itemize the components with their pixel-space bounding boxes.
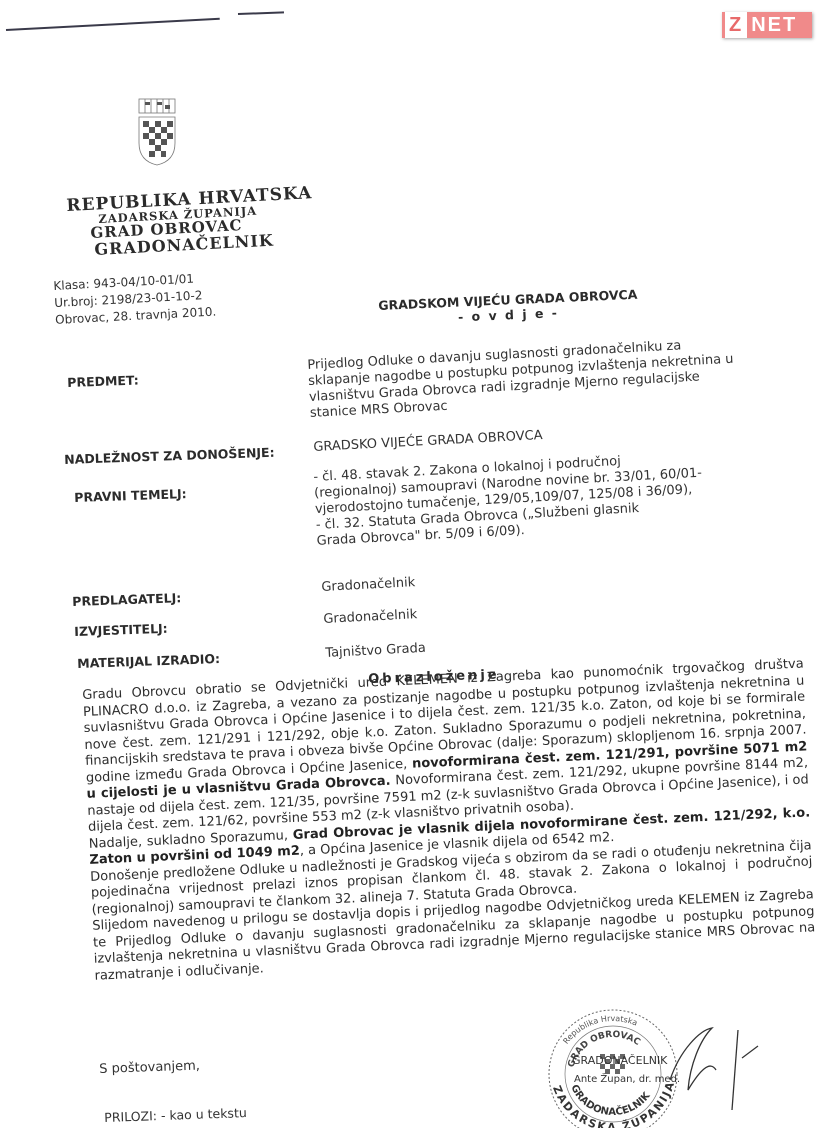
- addressee-block: GRADSKOM VIJEĆU GRADA OBROVCA - o v d j …: [378, 287, 638, 328]
- closing-greeting: S poštovanjem,: [99, 1058, 200, 1077]
- scan-artifact-line: [238, 11, 284, 15]
- field-value-rapporteur: Gradonačelnik: [323, 607, 418, 628]
- handwritten-signature-icon: [640, 1010, 770, 1120]
- field-value-legal-basis: - čl. 48. stavak 2. Zakona o lokalnoj i …: [313, 444, 817, 550]
- field-value-competence: GRADSKO VIJEĆE GRADA OBROVCA: [313, 428, 543, 456]
- field-label-competence: NADLEŽNOST ZA DONOŠENJE:: [64, 445, 275, 467]
- emphasized-text: novoformirana čest. zem. 121/291, površi…: [86, 739, 807, 802]
- znet-watermark-logo: Z NET: [722, 12, 812, 38]
- watermark-letter-z: Z: [725, 12, 747, 38]
- field-value-proposer: Gradonačelnik: [321, 575, 416, 596]
- field-value-prepared-by: Tajništvo Grada: [325, 641, 426, 662]
- explanation-body: Gradu Obrovcu obratio se Odvjetnički ure…: [82, 657, 816, 985]
- scan-artifact-line: [6, 18, 220, 31]
- croatian-coat-of-arms-icon: [135, 95, 179, 167]
- field-label-proposer: PREDLAGATELJ:: [72, 590, 181, 609]
- field-label-prepared-by: MATERIJAL IZRADIO:: [77, 651, 220, 671]
- reference-block: Klasa: 943-04/10-01/01 Ur.broj: 2198/23-…: [53, 270, 217, 329]
- closing-attachments: PRILOZI: - kao u tekstu: [104, 1105, 247, 1125]
- field-value-subject: Prijedlog Odluke o davanju suglasnosti g…: [307, 332, 810, 422]
- watermark-letters-net: NET: [747, 14, 797, 37]
- field-label-rapporteur: IZVJESTITELJ:: [74, 621, 168, 639]
- field-label-legal-basis: PRAVNI TEMELJ:: [74, 486, 187, 505]
- field-label-subject: PREDMET:: [67, 373, 139, 390]
